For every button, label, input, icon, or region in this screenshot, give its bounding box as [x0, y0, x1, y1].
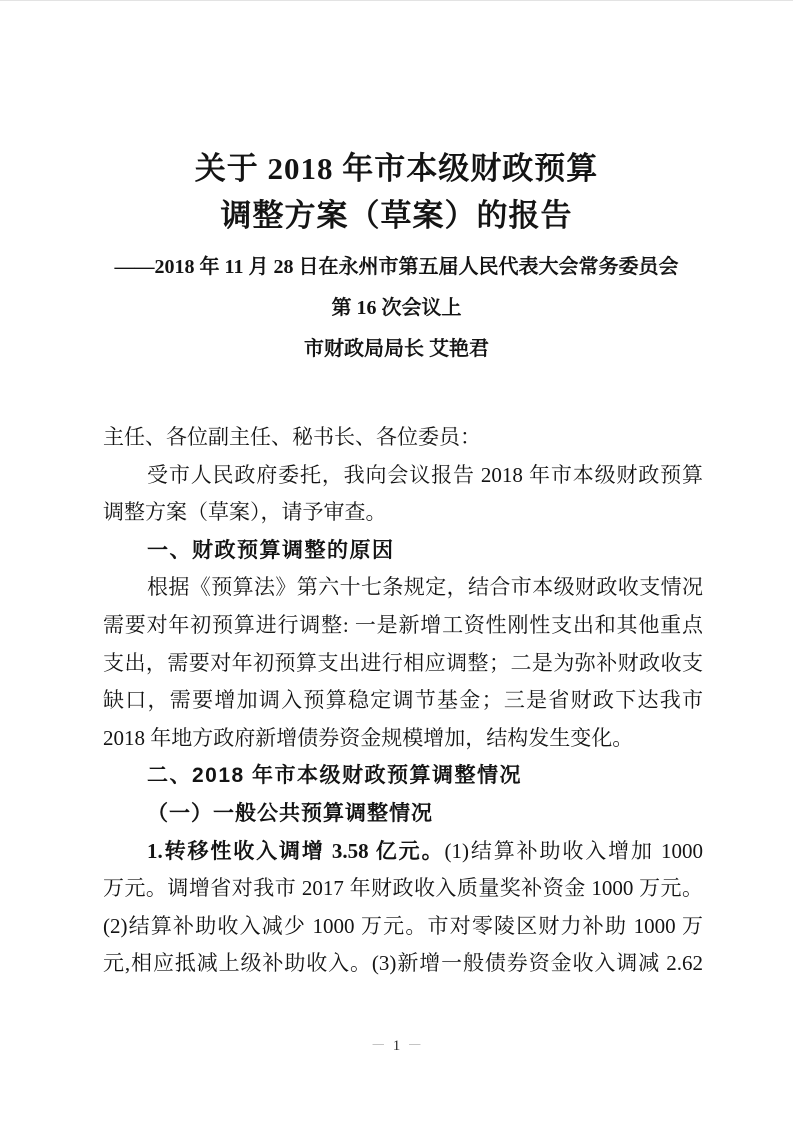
document-title: 关于 2018 年市本级财政预算 调整方案（草案）的报告: [0, 145, 793, 239]
body-line: 2018 年地方政府新增债券资金规模增加，结构发生变化。: [103, 720, 703, 758]
subtitle-meeting-date: ——2018 年 11 月 28 日在永州市第五届人民代表大会常务委员会: [0, 247, 793, 288]
subsection-heading-1: （一）一般公共预算调整情况: [103, 795, 703, 833]
body-line: 需要对年初预算进行调整: 一是新增工资性刚性支出和其他重点: [103, 607, 703, 645]
body-line: 受市人民政府委托，我向会议报告 2018 年市本级财政预算: [103, 457, 703, 495]
page-number-dash-left: －: [371, 1038, 386, 1054]
body-line: 缺口，需要增加调入预算稳定调节基金；三是省财政下达我市: [103, 682, 703, 720]
item-lead-bold: 1.转移性收入调增 3.58 亿元。: [147, 839, 444, 863]
body-line: 支出，需要对年初预算支出进行相应调整；二是为弥补财政收支: [103, 645, 703, 683]
body-line: 1.转移性收入调增 3.58 亿元。(1)结算补助收入增加 1000: [103, 833, 703, 871]
item-rest: (1)结算补助收入增加 1000: [444, 839, 703, 863]
body-line: 万元。调增省对我市 2017 年财政收入质量奖补资金 1000 万元。: [103, 870, 703, 908]
subtitle-speaker: 市财政局局长 艾艳君: [0, 329, 793, 370]
page-number-value: 1: [393, 1038, 401, 1054]
document-body: 主任、各位副主任、秘书长、各位委员： 受市人民政府委托，我向会议报告 2018 …: [103, 419, 703, 983]
subtitle-meeting-session: 第 16 次会议上: [0, 288, 793, 329]
section-heading-2: 二、2018 年市本级财政预算调整情况: [103, 757, 703, 795]
body-line-salutation: 主任、各位副主任、秘书长、各位委员：: [103, 419, 703, 457]
page-number-dash-right: －: [407, 1038, 422, 1054]
body-line: 元,相应抵减上级补助收入。(3)新增一般债券资金收入调减 2.62: [103, 945, 703, 983]
title-line-1: 关于 2018 年市本级财政预算: [0, 145, 793, 192]
document-subtitle: ——2018 年 11 月 28 日在永州市第五届人民代表大会常务委员会 第 1…: [0, 247, 793, 370]
page-number: －1－: [0, 1035, 793, 1057]
body-line: 调整方案（草案），请予审查。: [103, 494, 703, 532]
body-line: 根据《预算法》第六十七条规定，结合市本级财政收支情况: [103, 569, 703, 607]
section-heading-1: 一、财政预算调整的原因: [103, 532, 703, 570]
body-line: (2)结算补助收入减少 1000 万元。市对零陵区财力补助 1000 万: [103, 908, 703, 946]
title-line-2: 调整方案（草案）的报告: [0, 192, 793, 239]
document-page: 关于 2018 年市本级财政预算 调整方案（草案）的报告 ——2018 年 11…: [0, 0, 793, 1122]
